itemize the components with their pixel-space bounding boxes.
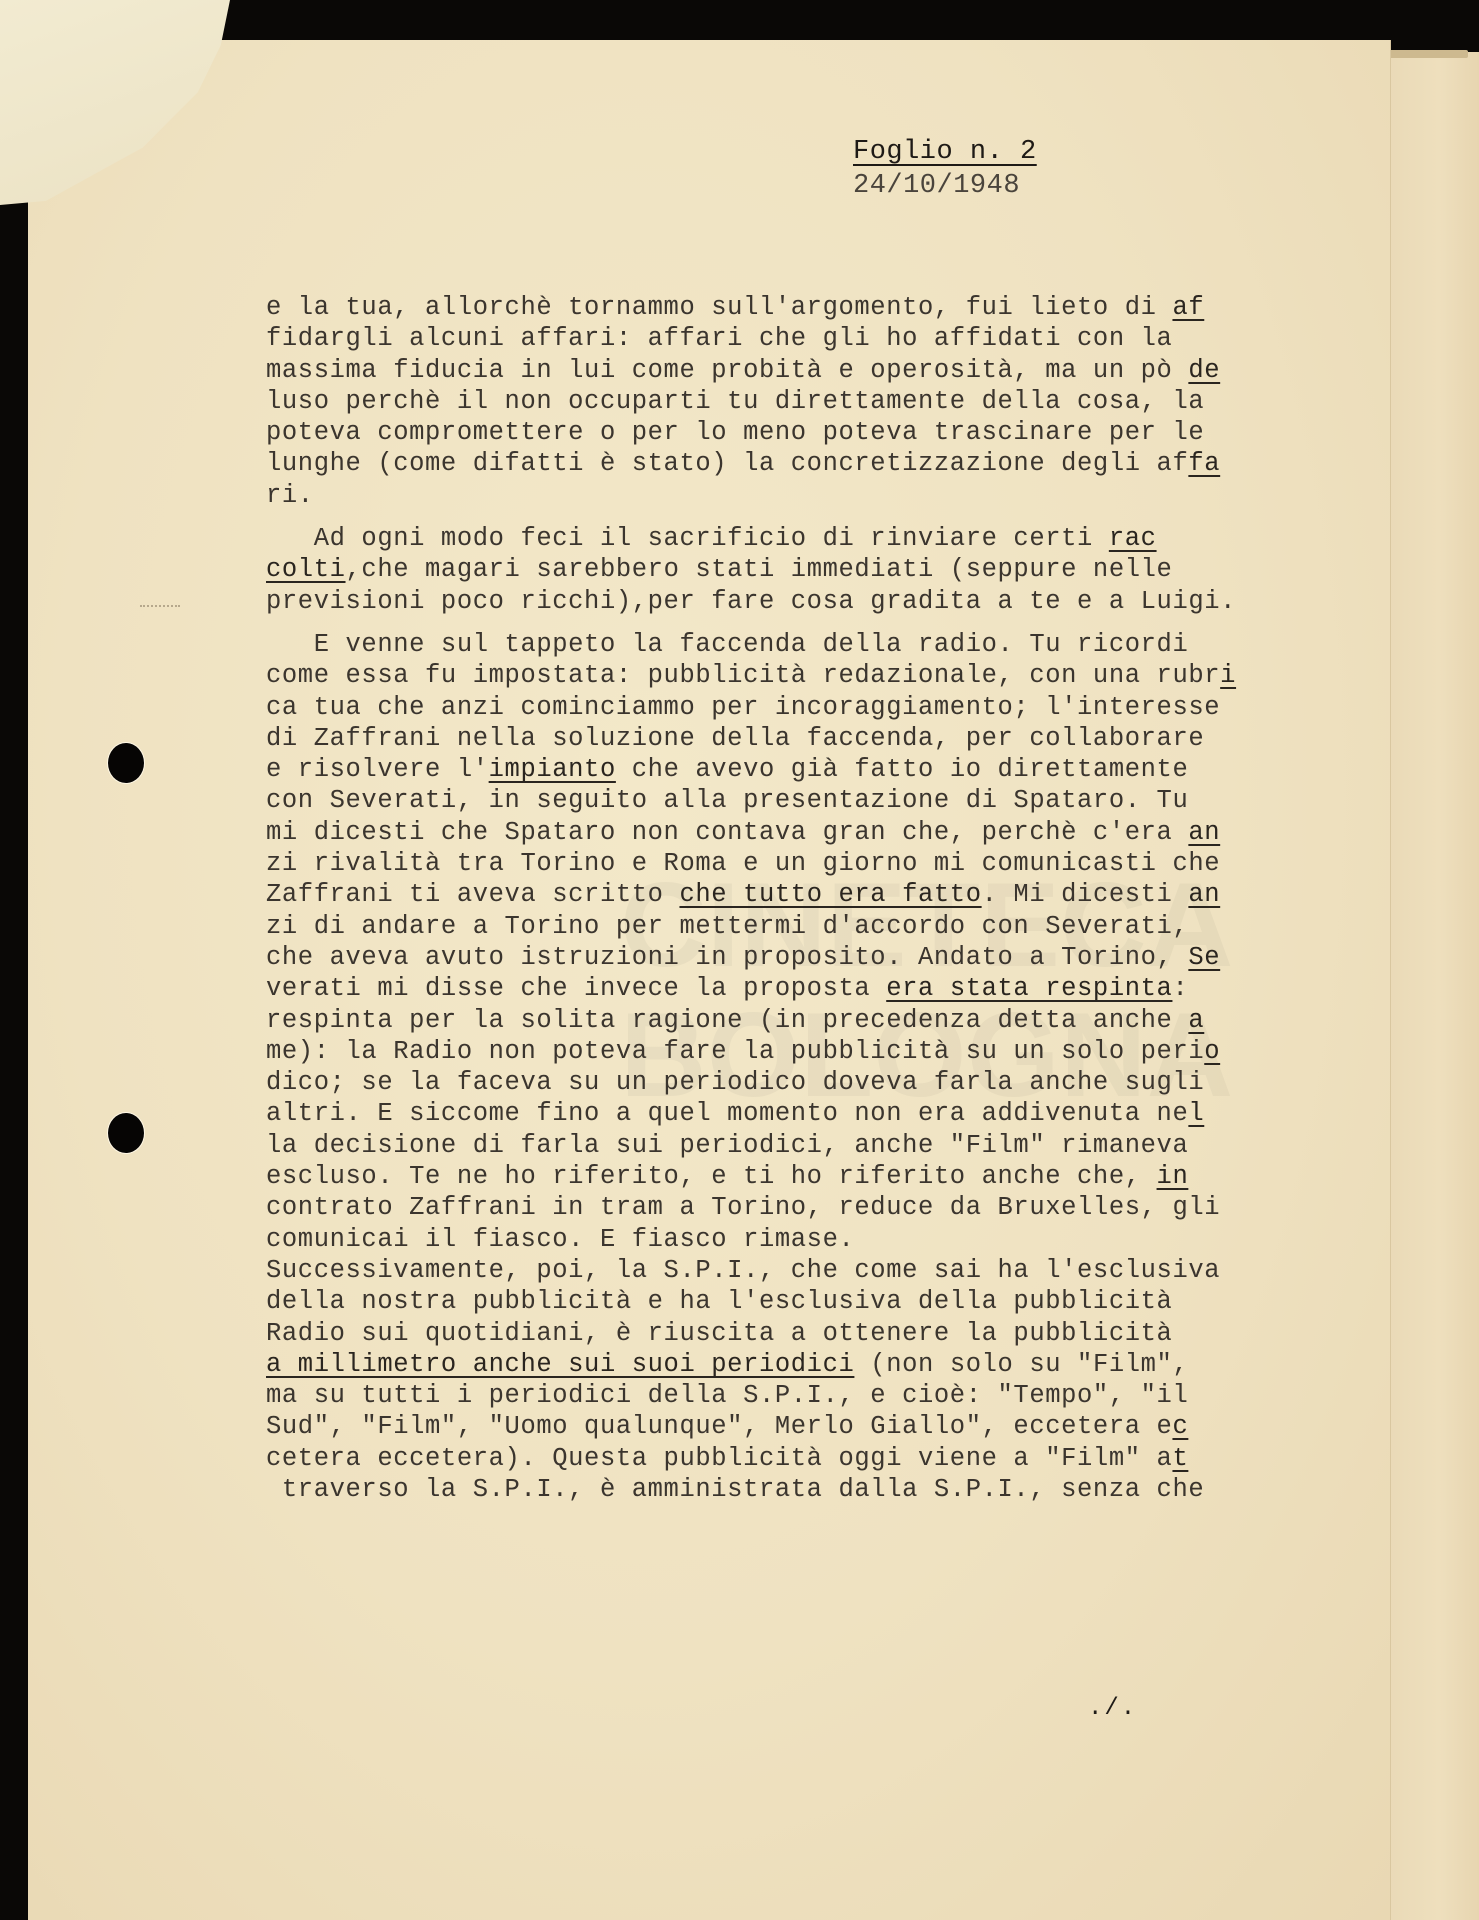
text-segment: la decisione di farla sui periodici, anc… bbox=[266, 1131, 1188, 1160]
text-line: come essa fu impostata: pubblicità redaz… bbox=[266, 660, 1326, 691]
paragraph: e la tua, allorchè tornammo sull'argomen… bbox=[266, 292, 1326, 511]
underlined-text: colti bbox=[266, 555, 346, 584]
text-segment: escluso. Te ne ho riferito, e ti ho rife… bbox=[266, 1162, 1157, 1191]
text-line: ri. bbox=[266, 480, 1326, 511]
text-line: ca tua che anzi cominciammo per incoragg… bbox=[266, 692, 1326, 723]
text-segment: ca tua che anzi cominciammo per incoragg… bbox=[266, 693, 1220, 722]
text-segment: mi dicesti che Spataro non contava gran … bbox=[266, 818, 1188, 847]
page-header: Foglio n. 2 24/10/1948 bbox=[853, 135, 1037, 203]
text-segment: che aveva avuto istruzioni in proposito.… bbox=[266, 943, 1188, 972]
text-segment: . Mi dicesti bbox=[982, 880, 1189, 909]
text-segment: e risolvere l' bbox=[266, 755, 489, 784]
text-line: la decisione di farla sui periodici, anc… bbox=[266, 1130, 1326, 1161]
text-line: Successivamente, poi, la S.P.I., che com… bbox=[266, 1255, 1326, 1286]
text-line: di Zaffrani nella soluzione della faccen… bbox=[266, 723, 1326, 754]
text-line: previsioni poco ricchi),per fare cosa gr… bbox=[266, 586, 1326, 617]
text-segment: traverso la S.P.I., è amministrata dalla… bbox=[266, 1475, 1204, 1504]
text-segment: contrato Zaffrani in tram a Torino, redu… bbox=[266, 1193, 1220, 1222]
text-line: respinta per la solita ragione (in prece… bbox=[266, 1005, 1326, 1036]
sheet-number: Foglio n. 2 bbox=[853, 135, 1037, 169]
text-line: Zaffrani ti aveva scritto che tutto era … bbox=[266, 879, 1326, 910]
text-line: a millimetro anche sui suoi periodici (n… bbox=[266, 1349, 1326, 1380]
text-line: E venne sul tappeto la faccenda della ra… bbox=[266, 629, 1326, 660]
text-segment: Radio sui quotidiani, è riuscita a otten… bbox=[266, 1319, 1172, 1348]
text-line: poteva compromettere o per lo meno potev… bbox=[266, 417, 1326, 448]
text-line: cetera eccetera). Questa pubblicità oggi… bbox=[266, 1443, 1326, 1474]
text-segment: dico; se la faceva su un periodico dovev… bbox=[266, 1068, 1204, 1097]
underlined-text: fa bbox=[1188, 449, 1220, 478]
paragraph: Ad ogni modo feci il sacrificio di rinvi… bbox=[266, 523, 1326, 617]
text-line: traverso la S.P.I., è amministrata dalla… bbox=[266, 1474, 1326, 1505]
underlined-text: che tutto era fatto bbox=[679, 880, 981, 909]
text-segment: come essa fu impostata: pubblicità redaz… bbox=[266, 661, 1220, 690]
text-segment: ma su tutti i periodici della S.P.I., e … bbox=[266, 1381, 1188, 1410]
text-line: lunghe (come difatti è stato) la concret… bbox=[266, 448, 1326, 479]
text-line: con Severati, in seguito alla presentazi… bbox=[266, 785, 1326, 816]
underlined-text: era stata respinta bbox=[886, 974, 1172, 1003]
text-line: massima fiducia in lui come probità e op… bbox=[266, 355, 1326, 386]
underlined-text: de bbox=[1188, 356, 1220, 385]
text-line: escluso. Te ne ho riferito, e ti ho rife… bbox=[266, 1161, 1326, 1192]
text-segment: ,che magari sarebbero stati immediati (s… bbox=[346, 555, 1173, 584]
underlined-text: l bbox=[1188, 1099, 1204, 1128]
text-segment: respinta per la solita ragione (in prece… bbox=[266, 1006, 1188, 1035]
text-segment: e la tua, allorchè tornammo sull'argomen… bbox=[266, 293, 1172, 322]
back-sheet-edge bbox=[1388, 50, 1468, 58]
text-segment: lunghe (come difatti è stato) la concret… bbox=[266, 449, 1188, 478]
text-segment: luso perchè il non occuparti tu direttam… bbox=[266, 387, 1204, 416]
text-line: e risolvere l'impianto che avevo già fat… bbox=[266, 754, 1326, 785]
paragraph: E venne sul tappeto la faccenda della ra… bbox=[266, 629, 1326, 1505]
text-line: colti,che magari sarebbero stati immedia… bbox=[266, 554, 1326, 585]
text-line: mi dicesti che Spataro non contava gran … bbox=[266, 817, 1326, 848]
text-line: luso perchè il non occuparti tu direttam… bbox=[266, 386, 1326, 417]
text-segment: con Severati, in seguito alla presentazi… bbox=[266, 786, 1188, 815]
text-segment: massima fiducia in lui come probità e op… bbox=[266, 356, 1188, 385]
text-line: Radio sui quotidiani, è riuscita a otten… bbox=[266, 1318, 1326, 1349]
text-line: fidargli alcuni affari: affari che gli h… bbox=[266, 323, 1326, 354]
underlined-text: in bbox=[1157, 1162, 1189, 1191]
text-segment: Sud", "Film", "Uomo qualunque", Merlo Gi… bbox=[266, 1412, 1172, 1441]
text-segment: comunicai il fiasco. E fiasco rimase. bbox=[266, 1225, 854, 1254]
text-line: verati mi disse che invece la proposta e… bbox=[266, 973, 1326, 1004]
underlined-text: i bbox=[1220, 661, 1236, 690]
text-line: altri. E siccome fino a quel momento non… bbox=[266, 1098, 1326, 1129]
margin-mark bbox=[140, 605, 180, 609]
text-line: che aveva avuto istruzioni in proposito.… bbox=[266, 942, 1326, 973]
text-segment: poteva compromettere o per lo meno potev… bbox=[266, 418, 1204, 447]
letter-date: 24/10/1948 bbox=[853, 169, 1037, 203]
continuation-mark: ./. bbox=[1088, 1695, 1137, 1722]
text-segment: me): la Radio non poteva fare la pubblic… bbox=[266, 1037, 1204, 1066]
text-segment: (non solo su "Film", bbox=[854, 1350, 1188, 1379]
underlined-text: t bbox=[1172, 1444, 1188, 1473]
text-line: dico; se la faceva su un periodico dovev… bbox=[266, 1067, 1326, 1098]
text-segment: : bbox=[1172, 974, 1188, 1003]
underlined-text: af bbox=[1172, 293, 1204, 322]
text-segment: Ad ogni modo feci il sacrificio di rinvi… bbox=[266, 524, 1109, 553]
text-line: e la tua, allorchè tornammo sull'argomen… bbox=[266, 292, 1326, 323]
underlined-text: an bbox=[1188, 818, 1220, 847]
text-segment: ri. bbox=[266, 481, 314, 510]
text-segment: Successivamente, poi, la S.P.I., che com… bbox=[266, 1256, 1220, 1285]
underlined-text: c bbox=[1172, 1412, 1188, 1441]
underlined-text: impianto bbox=[489, 755, 616, 784]
underlined-text: rac bbox=[1109, 524, 1157, 553]
underlined-text: an bbox=[1188, 880, 1220, 909]
text-line: zi rivalità tra Torino e Roma e un giorn… bbox=[266, 848, 1326, 879]
text-line: zi di andare a Torino per mettermi d'acc… bbox=[266, 911, 1326, 942]
text-segment: fidargli alcuni affari: affari che gli h… bbox=[266, 324, 1172, 353]
text-segment: Zaffrani ti aveva scritto bbox=[266, 880, 679, 909]
text-segment: verati mi disse che invece la proposta bbox=[266, 974, 886, 1003]
letter-body: e la tua, allorchè tornammo sull'argomen… bbox=[266, 292, 1326, 1505]
text-segment: zi di andare a Torino per mettermi d'acc… bbox=[266, 912, 1188, 941]
text-segment: previsioni poco ricchi),per fare cosa gr… bbox=[266, 587, 1236, 616]
underlined-text: a millimetro anche sui suoi periodici bbox=[266, 1350, 854, 1379]
text-segment: che avevo già fatto io direttamente bbox=[616, 755, 1189, 784]
punch-hole-bottom bbox=[108, 1113, 144, 1153]
text-line: contrato Zaffrani in tram a Torino, redu… bbox=[266, 1192, 1326, 1223]
underlined-text: a bbox=[1188, 1006, 1204, 1035]
text-line: della nostra pubblicità e ha l'esclusiva… bbox=[266, 1286, 1326, 1317]
text-line: me): la Radio non poteva fare la pubblic… bbox=[266, 1036, 1326, 1067]
text-line: Ad ogni modo feci il sacrificio di rinvi… bbox=[266, 523, 1326, 554]
text-line: Sud", "Film", "Uomo qualunque", Merlo Gi… bbox=[266, 1411, 1326, 1442]
text-segment: di Zaffrani nella soluzione della faccen… bbox=[266, 724, 1204, 753]
text-segment: altri. E siccome fino a quel momento non… bbox=[266, 1099, 1188, 1128]
punch-hole-top bbox=[108, 743, 144, 783]
back-sheet bbox=[1380, 52, 1479, 1920]
text-segment: cetera eccetera). Questa pubblicità oggi… bbox=[266, 1444, 1172, 1473]
text-segment: zi rivalità tra Torino e Roma e un giorn… bbox=[266, 849, 1220, 878]
text-line: ma su tutti i periodici della S.P.I., e … bbox=[266, 1380, 1326, 1411]
text-line: comunicai il fiasco. E fiasco rimase. bbox=[266, 1224, 1326, 1255]
text-segment: E venne sul tappeto la faccenda della ra… bbox=[266, 630, 1188, 659]
underlined-text: o bbox=[1204, 1037, 1220, 1066]
underlined-text: Se bbox=[1188, 943, 1220, 972]
text-segment: della nostra pubblicità e ha l'esclusiva… bbox=[266, 1287, 1172, 1316]
